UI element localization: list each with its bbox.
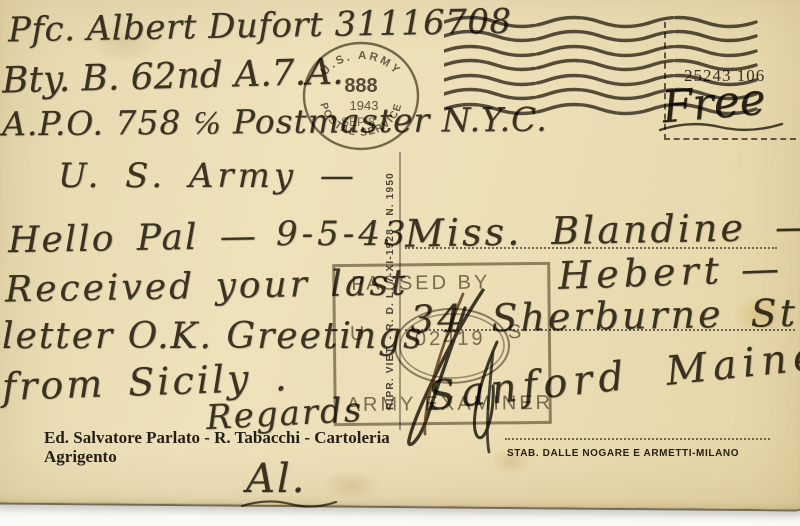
postcard-content: RIPR. VIET. - R. D. L. 7-XI-1928 - N. 19… — [0, 0, 800, 526]
postmark-number: 888 — [344, 75, 377, 97]
sender-line-4: U. S. Army — — [58, 156, 358, 196]
sender-line-2: Bty. B. 62nd A.7.A. — [2, 52, 344, 102]
address-dotted-line — [505, 438, 770, 440]
signature-underline — [240, 498, 340, 512]
publisher-line-2: Agrigento — [44, 447, 390, 466]
free-underline — [658, 118, 786, 136]
message-signature: Al. — [246, 456, 306, 502]
sender-line-1: Pfc. Albert Dufort 31116708 — [8, 2, 512, 51]
message-closing: Regards — [205, 390, 364, 438]
message-line-2: Received your last — [5, 262, 409, 310]
message-date: 9-5-43 — [276, 214, 410, 254]
address-line-2: Hebert — — [557, 246, 784, 298]
message-greeting: Hello Pal — — [8, 216, 259, 261]
printer-imprint: STAB. DALLE NOGARE E ARMETTI-MILANO — [507, 448, 739, 459]
sender-line-3: A.P.O. 758 ℅ Postmaster N.Y.C. — [2, 100, 548, 145]
message-line-3: letter O.K. Greetings — [2, 316, 424, 357]
address-line-3: 34 Sherburne St. — [410, 290, 800, 341]
